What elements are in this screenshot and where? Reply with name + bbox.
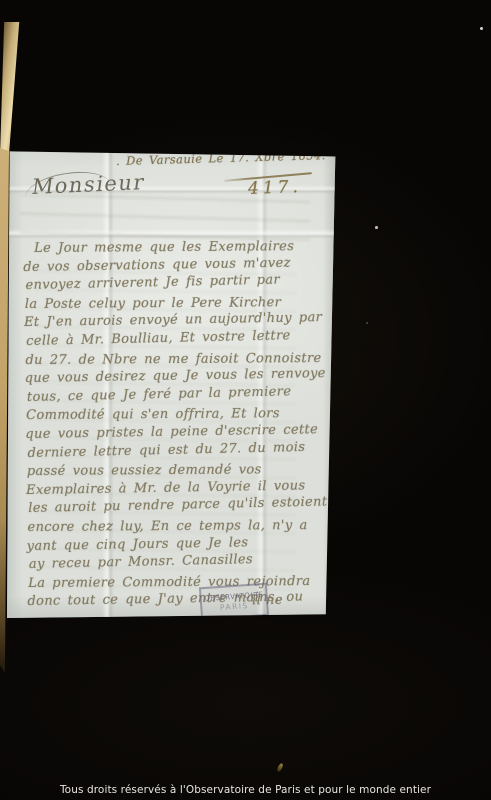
dateline: . De Varsauie Le 17. Xbre 1654.	[116, 148, 326, 168]
folio-number: 417.	[248, 177, 303, 199]
album-page-edge-top	[0, 22, 26, 156]
dust-streak	[276, 763, 284, 773]
letter-paper: . De Varsauie Le 17. Xbre 1654. Monsieur…	[6, 149, 336, 619]
manuscript-photo: . De Varsauie Le 17. Xbre 1654. Monsieur…	[0, 0, 491, 800]
dust-speck	[366, 322, 368, 324]
salutation: Monsieur	[30, 170, 146, 199]
letter-body: Le Jour mesme que les Exemplaires de vos…	[24, 236, 331, 612]
copyright-caption: Tous droits réservés à l'Observatoire de…	[0, 783, 491, 800]
archive-stamp-text: PARIS	[220, 601, 249, 612]
letter-line: donc tout ce que J'ay entre mains, ou	[27, 588, 329, 612]
dust-speck	[480, 27, 483, 30]
archive-stamp: OBSERVATOIRE PARIS	[199, 583, 269, 621]
ink-showthrough	[20, 195, 310, 241]
dust-speck	[375, 226, 378, 229]
